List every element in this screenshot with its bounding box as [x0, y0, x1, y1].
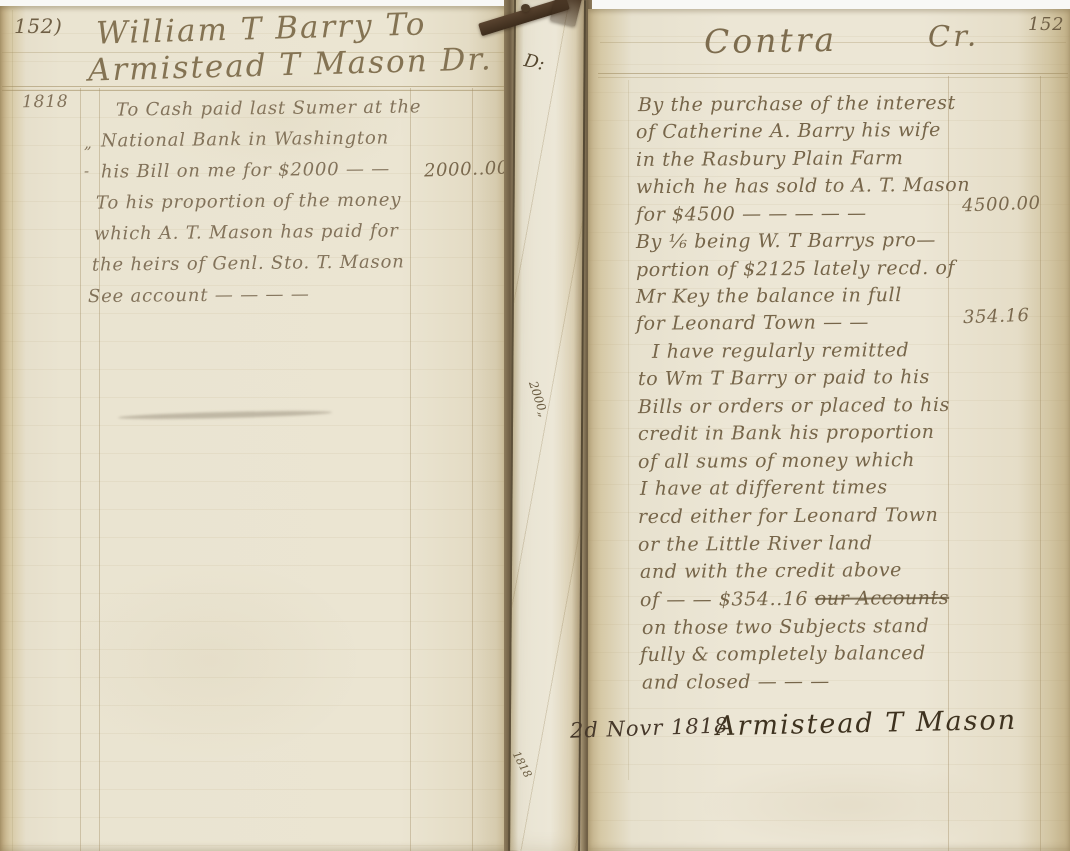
right-entry-line: and with the credit above	[640, 561, 902, 582]
left-entry-line: which A. T. Mason has paid for	[94, 222, 399, 243]
right-title-cr: Cr.	[928, 22, 980, 52]
ditto-mark-2: -	[84, 164, 90, 179]
right-entry-line: and closed — — —	[642, 672, 830, 692]
left-entry-line: the heirs of Genl. Sto. T. Mason	[92, 253, 405, 274]
right-entry-line: portion of $2125 lately recd. of	[636, 259, 955, 280]
left-amount-1: 2000..00	[424, 160, 510, 181]
signature-name: Armistead T Mason	[716, 707, 1018, 740]
right-entry-line: credit in Bank his proportion	[638, 423, 935, 444]
left-entry-line: his Bill on me for $2000 — —	[101, 160, 390, 181]
right-entry-line: Mr Key the balance in full	[636, 286, 902, 307]
right-entry-line: of Catherine A. Barry his wife	[636, 121, 941, 142]
header-rule-2	[598, 77, 1068, 78]
right-entry-line: By the purchase of the interest	[638, 94, 956, 115]
date-column-rule	[80, 88, 81, 851]
left-entry-line: To his proportion of the money	[96, 191, 401, 212]
right-amount-2: 354.16	[963, 307, 1030, 327]
left-entry-line: To Cash paid last Sumer at the	[116, 98, 421, 119]
left-page-number: 152)	[14, 16, 62, 36]
right-entry-line: Bills or orders or placed to his	[638, 396, 950, 417]
right-entry-line: of all sums of money which	[638, 451, 915, 472]
amount-column-rule-2	[472, 88, 473, 851]
spine-label-dr: D:	[522, 50, 546, 75]
right-entry-line: recd either for Leonard Town	[638, 506, 939, 527]
ditto-mark-1: „	[84, 136, 92, 151]
binding-stud-icon	[521, 4, 530, 12]
right-title: Contra	[704, 23, 838, 58]
entry-year: 1818	[22, 94, 69, 111]
signature-date: 2d Novr 1818	[570, 715, 729, 742]
right-entry-line: of — — $354..16	[640, 588, 808, 611]
header-rule-1	[2, 86, 506, 87]
amount-column-rule-1	[410, 88, 411, 851]
right-entry-line: I have at different times	[640, 478, 888, 499]
right-entry-line: or the Little River land	[638, 534, 873, 555]
left-entry-line: National Bank in Washington	[101, 129, 389, 150]
left-margin-rule	[12, 10, 13, 851]
header-rule-2	[2, 90, 506, 91]
struck-text: our Accounts	[815, 587, 949, 610]
right-entry-line: for Leonard Town — —	[636, 313, 869, 334]
right-entry-line: for $4500 — — — — —	[636, 204, 867, 225]
right-entry-line: to Wm T Barry or paid to his	[638, 368, 930, 389]
right-entry-line: fully & completely balanced	[640, 644, 926, 665]
left-entry-line: See account — — — —	[88, 286, 310, 306]
right-entry-line: I have regularly remitted	[652, 341, 909, 362]
ledger-book-photo: 152) William T Barry To Armistead T Maso…	[0, 0, 1070, 851]
right-entry-line-with-strike: of — — $354..16 our Accounts	[640, 589, 949, 610]
right-entry-line: on those two Subjects stand	[642, 617, 930, 638]
right-entry-line: By ⅙ being W. T Barrys pro—	[636, 231, 936, 252]
right-page-number: 152	[1028, 16, 1064, 34]
right-entry-line: in the Rasbury Plain Farm	[636, 149, 904, 170]
right-entry-line: which he has sold to A. T. Mason	[636, 176, 970, 197]
text-margin-rule	[628, 80, 629, 780]
header-rule-1	[598, 73, 1068, 74]
right-amount-1: 4500.00	[962, 195, 1041, 216]
